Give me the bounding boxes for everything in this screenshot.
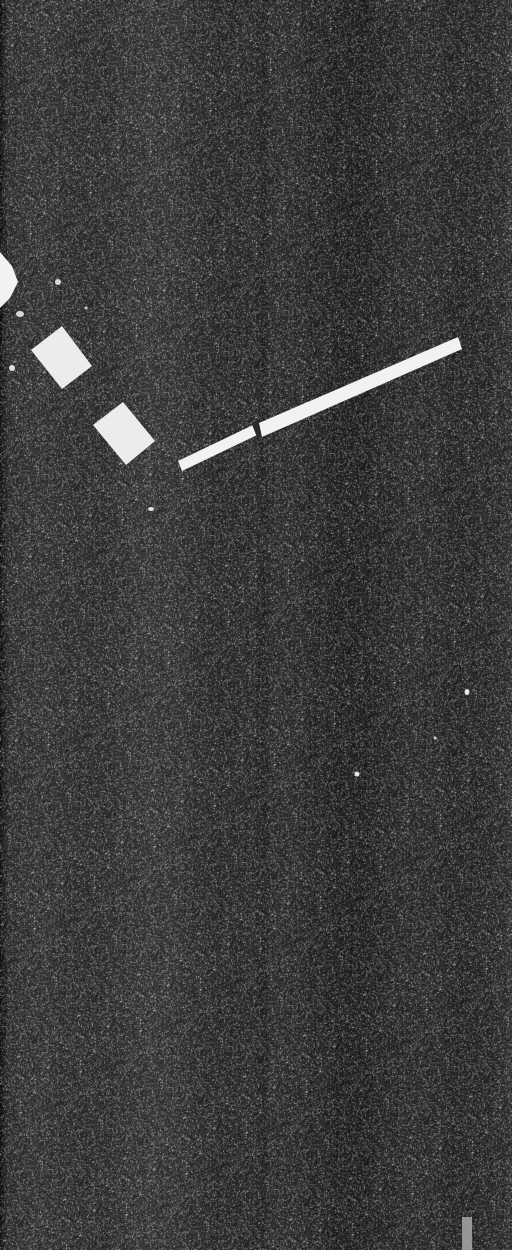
sar-image: [0, 0, 512, 1250]
